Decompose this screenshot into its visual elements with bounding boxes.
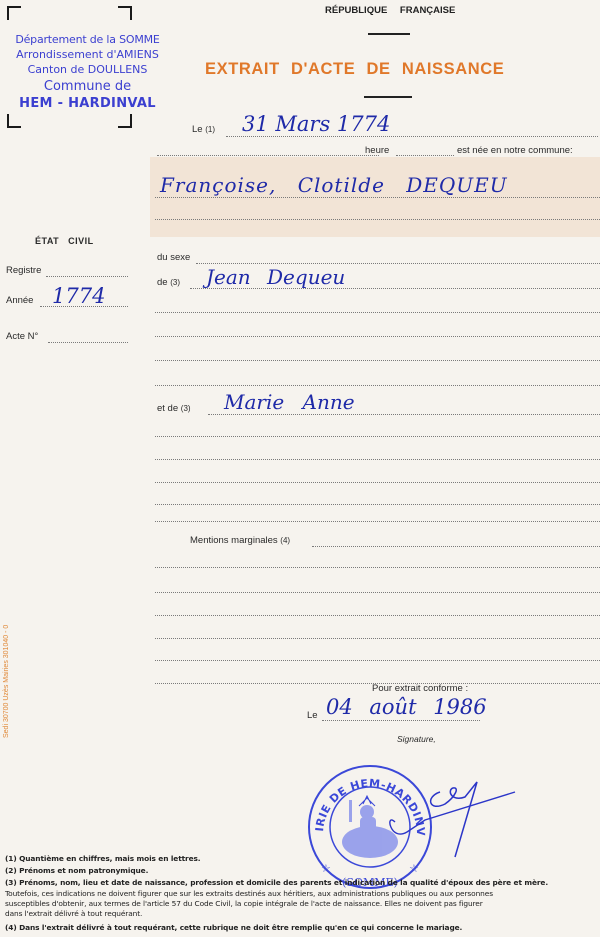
footnote-3-cont-2: susceptibles d'obtenir, aux termes de l'… bbox=[5, 899, 483, 908]
ruled-line bbox=[155, 459, 600, 460]
mother-label: et de (3) bbox=[157, 403, 191, 414]
cert-date-line bbox=[322, 720, 480, 721]
sexe-label: du sexe bbox=[157, 252, 190, 263]
mother-value: Marie Anne bbox=[224, 390, 355, 414]
acte-field bbox=[48, 342, 128, 343]
ruled-line bbox=[155, 336, 600, 337]
ruled-line bbox=[155, 360, 600, 361]
ruled-line bbox=[155, 521, 600, 522]
mentions-label: Mentions marginales (4) bbox=[190, 535, 290, 546]
printer-mark: Sedi 30700 Uzès Mairies 301040 - 0 bbox=[3, 625, 10, 738]
footnote-4: (4) Dans l'extrait délivré à tout requér… bbox=[5, 923, 462, 932]
annee-value: 1774 bbox=[52, 284, 105, 308]
corner-mark bbox=[7, 114, 21, 128]
signature-mark bbox=[385, 762, 525, 872]
birth-date-value: 31 Mars 1774 bbox=[242, 112, 390, 136]
mentions-line bbox=[312, 546, 600, 547]
ruled-line bbox=[155, 638, 600, 639]
corner-mark bbox=[118, 6, 132, 20]
divider bbox=[364, 96, 412, 98]
stamp-commune-name: HEM - HARDINVAL bbox=[0, 96, 175, 111]
footnote-2: (2) Prénoms et nom patronymique. bbox=[5, 866, 148, 875]
date-line bbox=[226, 136, 598, 137]
cert-le-label: Le bbox=[307, 710, 318, 721]
divider bbox=[368, 33, 410, 35]
signature-label: Signature, bbox=[397, 734, 436, 744]
municipal-stamp: Département de la SOMME Arrondissement d… bbox=[0, 32, 175, 111]
stamp-departement: Département de la SOMME bbox=[0, 32, 175, 47]
stamp-arrondissement: Arrondissement d'AMIENS bbox=[0, 47, 175, 62]
le-label: Le (1) bbox=[192, 124, 215, 135]
father-value: Jean Dequeu bbox=[206, 265, 345, 289]
corner-mark bbox=[118, 114, 132, 128]
stamp-commune-label: Commune de bbox=[0, 79, 175, 94]
acte-label: Acte N° bbox=[6, 331, 38, 342]
registre-field bbox=[46, 276, 128, 277]
ruled-line bbox=[155, 482, 600, 483]
pour-extrait-label: Pour extrait conforme : bbox=[372, 683, 468, 694]
ruled-line bbox=[155, 385, 600, 386]
registre-label: Registre bbox=[6, 265, 41, 276]
document-title: EXTRAIT D'ACTE DE NAISSANCE bbox=[205, 60, 504, 79]
ruled-line bbox=[155, 436, 600, 437]
child-name-value: Françoise, Clotilde DEQUEU bbox=[160, 173, 508, 197]
cert-date-value: 04 août 1986 bbox=[326, 695, 487, 719]
time-line bbox=[157, 155, 379, 156]
ruled-line bbox=[155, 592, 600, 593]
ruled-line bbox=[155, 504, 600, 505]
annee-label: Année bbox=[6, 295, 33, 306]
heure-label: heure bbox=[365, 145, 389, 156]
etat-civil-heading: ÉTAT CIVIL bbox=[35, 236, 94, 246]
father-label: de (3) bbox=[157, 277, 180, 288]
heure-line bbox=[396, 155, 454, 156]
svg-text:☆: ☆ bbox=[321, 863, 331, 875]
name-line bbox=[155, 197, 600, 198]
corner-mark bbox=[7, 6, 21, 20]
ruled-line bbox=[155, 312, 600, 313]
ruled-line bbox=[155, 660, 600, 661]
sexe-line bbox=[196, 263, 600, 264]
ruled-line bbox=[155, 615, 600, 616]
mother-line bbox=[208, 414, 600, 415]
ruled-line bbox=[155, 567, 600, 568]
footnote-3-cont-3: dans l'extrait délivré à tout requérant. bbox=[5, 909, 142, 918]
republic-heading: RÉPUBLIQUE FRANÇAISE bbox=[325, 5, 455, 16]
footnote-1: (1) Quantième en chiffres, mais mois en … bbox=[5, 854, 201, 863]
footnote-3: (3) Prénoms, nom, lieu et date de naissa… bbox=[5, 878, 548, 887]
est-nee-label: est née en notre commune: bbox=[457, 145, 573, 156]
name-line-2 bbox=[155, 219, 600, 220]
stamp-canton: Canton de DOULLENS bbox=[0, 62, 175, 77]
footnote-3-cont-1: Toutefois, ces indications ne doivent fi… bbox=[5, 889, 493, 898]
